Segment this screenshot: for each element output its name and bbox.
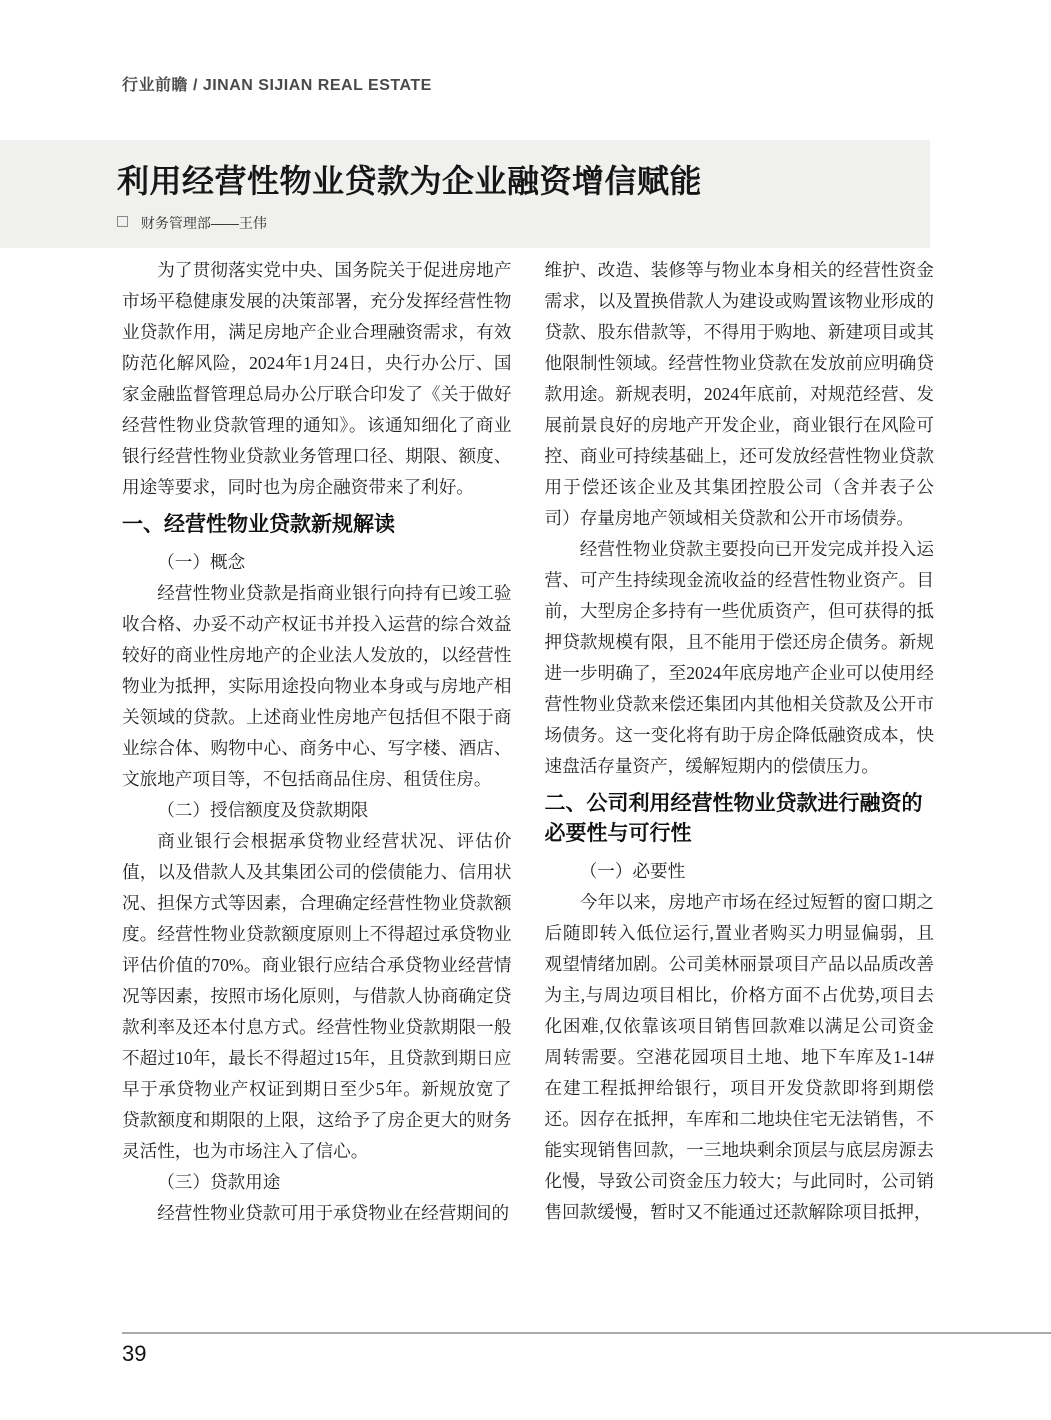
magazine-page: 行业前瞻 / JINAN SIJIAN REAL ESTATE 利用经营性物业贷…: [0, 0, 1051, 1420]
title-band: 利用经营性物业贷款为企业融资增信赋能 财务管理部——王伟: [0, 140, 930, 248]
byline-text: 财务管理部——王伟: [141, 215, 267, 231]
header-text: 行业前瞻 / JINAN SIJIAN REAL ESTATE: [122, 77, 432, 94]
page-number: 39: [122, 1341, 146, 1367]
paragraph-loan-use-start: 经营性物业贷款可用于承贷物业在经营期间的: [122, 1198, 512, 1229]
paragraph-concept: 经营性物业贷款是指商业银行向持有已竣工验收合格、办妥不动产权证书并投入运营的综合…: [122, 578, 512, 795]
paragraph-loan-use-continued: 维护、改造、装修等与物业本身相关的经营性资金需求，以及置换借款人为建设或购置该物…: [545, 255, 935, 534]
article-title: 利用经营性物业贷款为企业融资增信赋能: [117, 161, 930, 201]
article-body: 为了贯彻落实党中央、国务院关于促进房地产市场平稳健康发展的决策部署，充分发挥经营…: [122, 255, 934, 1229]
section-heading-2: 二、公司利用经营性物业贷款进行融资的必要性与可行性: [545, 789, 935, 849]
subheading-1-1: （一）概念: [122, 547, 512, 578]
subheading-2-1: （一）必要性: [545, 856, 935, 887]
left-column: 为了贯彻落实党中央、国务院关于促进房地产市场平稳健康发展的决策部署，充分发挥经营…: [122, 255, 512, 1229]
section-heading-1: 一、经营性物业贷款新规解读: [122, 510, 512, 540]
paragraph-credit-limit: 商业银行会根据承贷物业经营状况、评估价值，以及借款人及其集团公司的偿债能力、信用…: [122, 826, 512, 1167]
paragraph-loan-target: 经营性物业贷款主要投向已开发完成并投入运营、可产生持续现金流收益的经营性物业资产…: [545, 534, 935, 782]
page-header: 行业前瞻 / JINAN SIJIAN REAL ESTATE: [122, 72, 432, 95]
subheading-1-3: （三）贷款用途: [122, 1167, 512, 1198]
paragraph-intro: 为了贯彻落实党中央、国务院关于促进房地产市场平稳健康发展的决策部署，充分发挥经营…: [122, 255, 512, 503]
paragraph-necessity: 今年以来，房地产市场在经过短暂的窗口期之后随即转入低位运行,置业者购买力明显偏弱…: [545, 887, 935, 1228]
subheading-1-2: （二）授信额度及贷款期限: [122, 795, 512, 826]
right-column: 维护、改造、装修等与物业本身相关的经营性资金需求，以及置换借款人为建设或购置该物…: [545, 255, 935, 1229]
byline-square-icon: [117, 216, 128, 227]
footer-rule: [122, 1332, 1051, 1334]
byline: 财务管理部——王伟: [117, 213, 930, 233]
